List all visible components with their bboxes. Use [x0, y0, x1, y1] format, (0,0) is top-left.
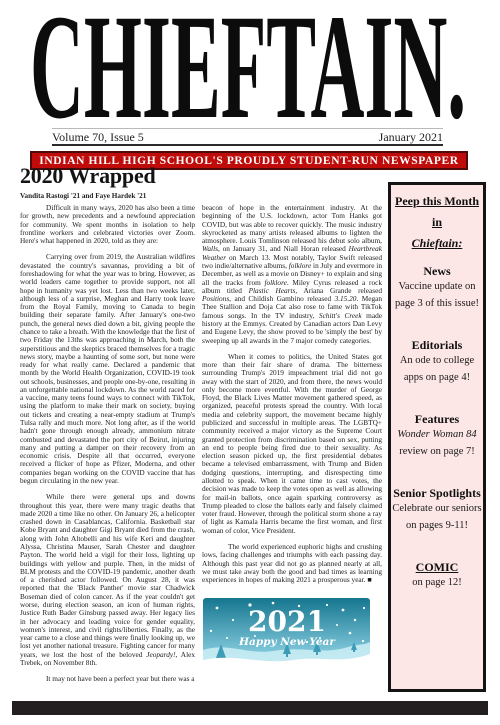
masthead-rule-top: [52, 128, 443, 129]
masthead-title: CHIEFTAIN.: [30, 16, 466, 122]
masthead-rule-bottom: [52, 144, 443, 146]
article-paragraph: beacon of hope in the entertainment indu…: [202, 204, 382, 345]
sidebar-section: FeaturesWonder Woman 84review on page 7!: [391, 412, 483, 460]
sidebar-section-text: Vaccine update on: [391, 279, 483, 296]
sidebar-section: NewsVaccine update onpage 3 of this issu…: [391, 264, 483, 312]
sidebar-title-line2: Chieftain:: [391, 233, 483, 254]
sidebar-section-text: An ode to college: [391, 353, 483, 370]
masthead: CHIEFTAIN.: [28, 16, 472, 122]
article-paragraph: Difficult in many ways, 2020 has also be…: [20, 204, 195, 245]
happy-new-year-graphic: 2021 Happy New Year: [203, 598, 370, 672]
footer-bar: [12, 701, 488, 715]
sidebar-section-text: page 3 of this issue!: [391, 296, 483, 313]
sidebar-section-heading: COMIC: [391, 560, 483, 575]
sidebar-section-text: on pages 9-11!: [391, 518, 483, 535]
article-column-2: beacon of hope in the entertainment indu…: [202, 204, 382, 592]
volume-date-row: Volume 70, Issue 5 January 2021: [52, 130, 443, 145]
issue-date-label: January 2021: [379, 130, 443, 145]
sidebar-title: Peep this Month in Chieftain:: [391, 185, 483, 254]
sidebar-section-text: Celebrate our seniors: [391, 501, 483, 518]
graphic-caption-text: Happy New Year: [238, 636, 336, 648]
article-column-1: Difficult in many ways, 2020 has also be…: [20, 204, 195, 691]
sidebar-section-heading: Senior Spotlights: [391, 486, 483, 501]
sidebar-peep-this-month: Peep this Month in Chieftain: NewsVaccin…: [388, 182, 486, 692]
article-paragraph: When it comes to politics, the United St…: [202, 353, 382, 535]
sidebar-section-text: apps on page 4!: [391, 370, 483, 387]
sidebar-section: EditorialsAn ode to collegeapps on page …: [391, 338, 483, 386]
article-byline: Vandita Rastogi '21 and Faye Hardek '21: [20, 192, 146, 200]
sidebar-section-text: review on page 7!: [391, 444, 483, 461]
newspaper-front-page: CHIEFTAIN. Volume 70, Issue 5 January 20…: [0, 0, 500, 725]
sidebar-section-heading: Features: [391, 412, 483, 427]
graphic-year-text: 2021: [248, 605, 326, 638]
sidebar-section-heading: News: [391, 264, 483, 279]
sidebar-section: Senior SpotlightsCelebrate our seniorson…: [391, 486, 483, 534]
article-paragraph: The world experienced euphoric highs and…: [202, 543, 382, 584]
sidebar-section: COMICon page 12!: [391, 560, 483, 592]
sidebar-section-heading: Editorials: [391, 338, 483, 353]
sidebar-section-text: on page 12!: [391, 575, 483, 592]
sidebar-section-text: Wonder Woman 84: [391, 427, 483, 444]
sidebar-sections: NewsVaccine update onpage 3 of this issu…: [391, 264, 483, 592]
article-paragraph: Carrying over from 2019, the Australian …: [20, 253, 195, 485]
article-headline: 2020 Wrapped: [20, 163, 156, 189]
article-paragraph: While there were general ups and downs t…: [20, 493, 195, 667]
article-paragraph: It may not have been a perfect year but …: [20, 675, 195, 683]
volume-label: Volume 70, Issue 5: [52, 130, 144, 145]
sidebar-title-line1: Peep this Month in: [391, 191, 483, 233]
